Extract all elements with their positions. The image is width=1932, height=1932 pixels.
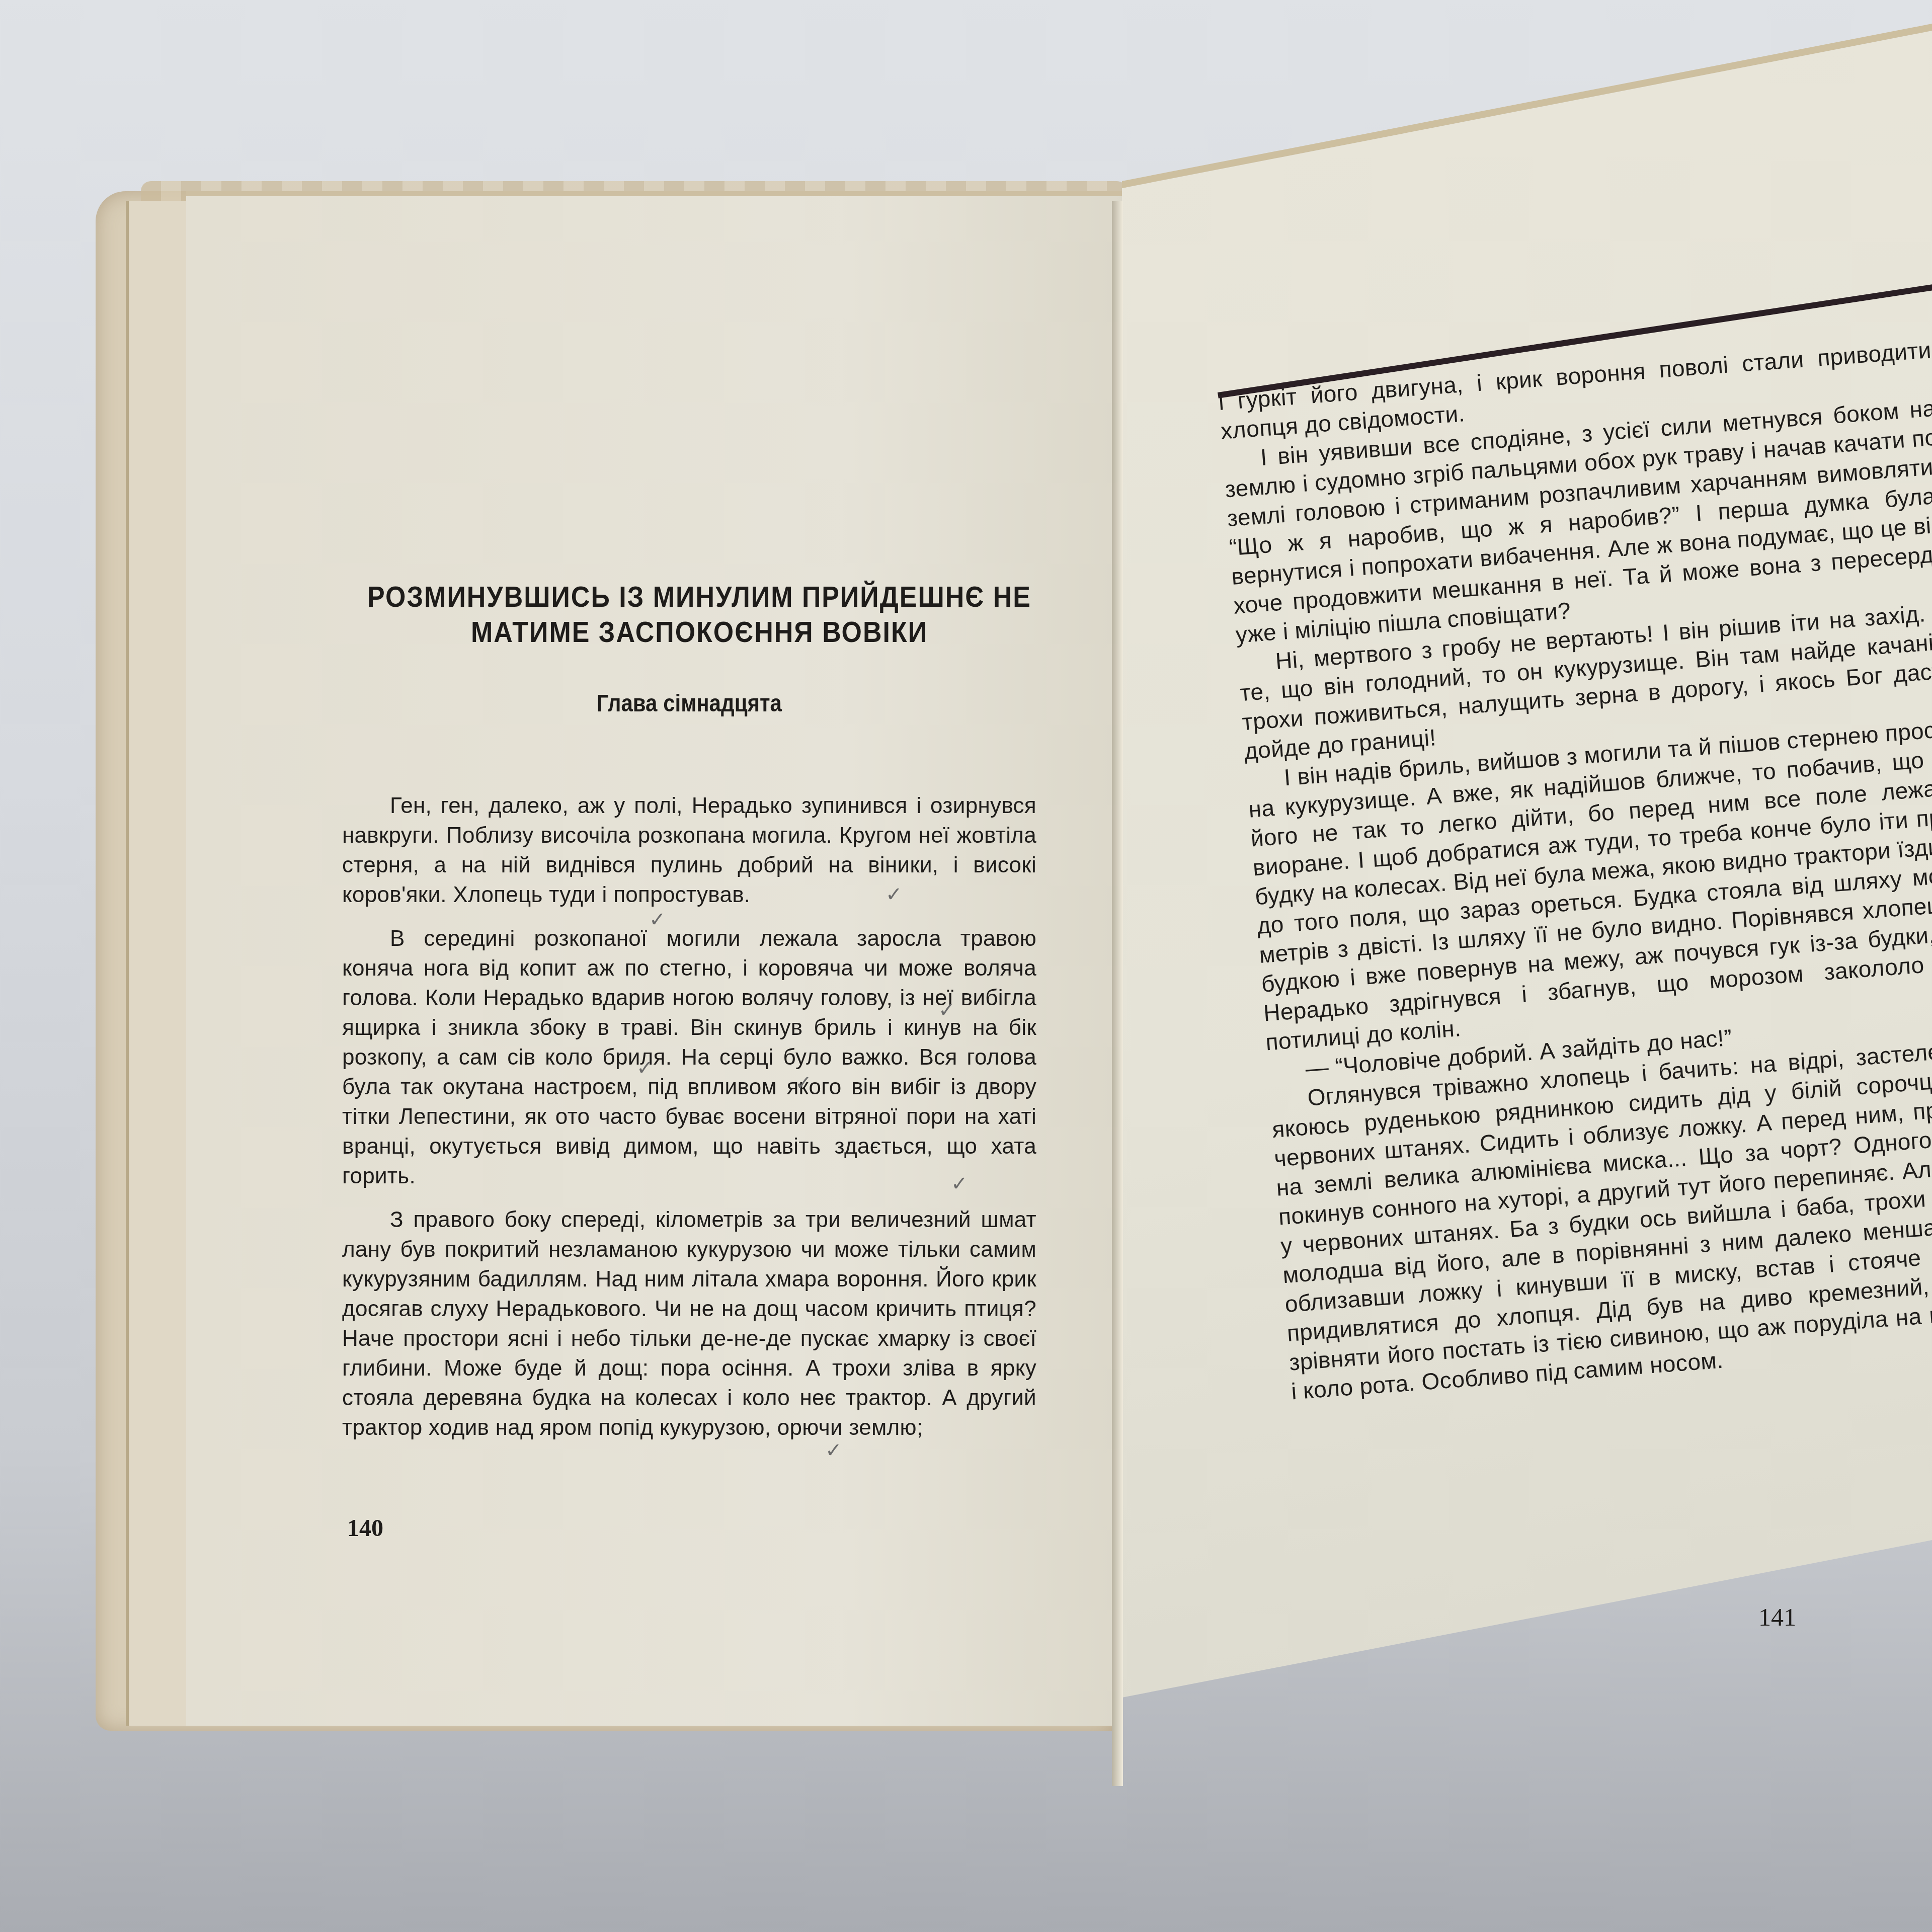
page-number-right: 141	[1758, 1602, 1796, 1632]
pencil-checkmark-icon: ✓	[886, 883, 903, 906]
pencil-checkmark-icon: ✓	[825, 1439, 842, 1462]
paragraph: Оглянувся тріважно хлопець і бачить: на …	[1269, 1033, 1932, 1406]
left-page-content: Розминувшись із минулим прийдешнє не мат…	[342, 584, 1036, 1457]
right-page-content: і гуркіт його двигуна, і крик вороння по…	[1218, 335, 1932, 1406]
chapter-title-line-2: матиме заспокоєння Вовіки	[362, 615, 1036, 650]
right-page-body: і гуркіт його двигуна, і крик вороння по…	[1218, 335, 1932, 1406]
pencil-checkmark-icon: ✓	[636, 1057, 654, 1080]
left-page-body: Ген, ген, далеко, аж у полі, Нерадько зу…	[342, 791, 1036, 1442]
open-book: Розминувшись із минулим прийдешнє не мат…	[0, 0, 1932, 1932]
chapter-subtitle: Глава сімнадцята	[342, 689, 1036, 717]
book-gutter	[1112, 201, 1123, 1786]
paragraph: З правого боку спереді, кілометрів за тр…	[342, 1205, 1036, 1442]
page-number-left: 140	[347, 1514, 383, 1542]
pencil-checkmark-icon: ✓	[938, 999, 955, 1022]
pencil-checkmark-icon: ✓	[795, 1072, 812, 1095]
chapter-title: Розминувшись із минулим прийдешнє не мат…	[362, 580, 1036, 650]
paragraph: В середині розкопаної могили лежала заро…	[342, 924, 1036, 1191]
paragraph: І він надів бриль, вийшов з могили та й …	[1245, 713, 1932, 1057]
pencil-checkmark-icon: ✓	[951, 1172, 968, 1195]
pencil-checkmark-icon: ✓	[649, 908, 666, 931]
chapter-title-line-1: Розминувшись із минулим прийдешнє не	[362, 580, 1036, 615]
paragraph: Ген, ген, далеко, аж у полі, Нерадько зу…	[342, 791, 1036, 910]
